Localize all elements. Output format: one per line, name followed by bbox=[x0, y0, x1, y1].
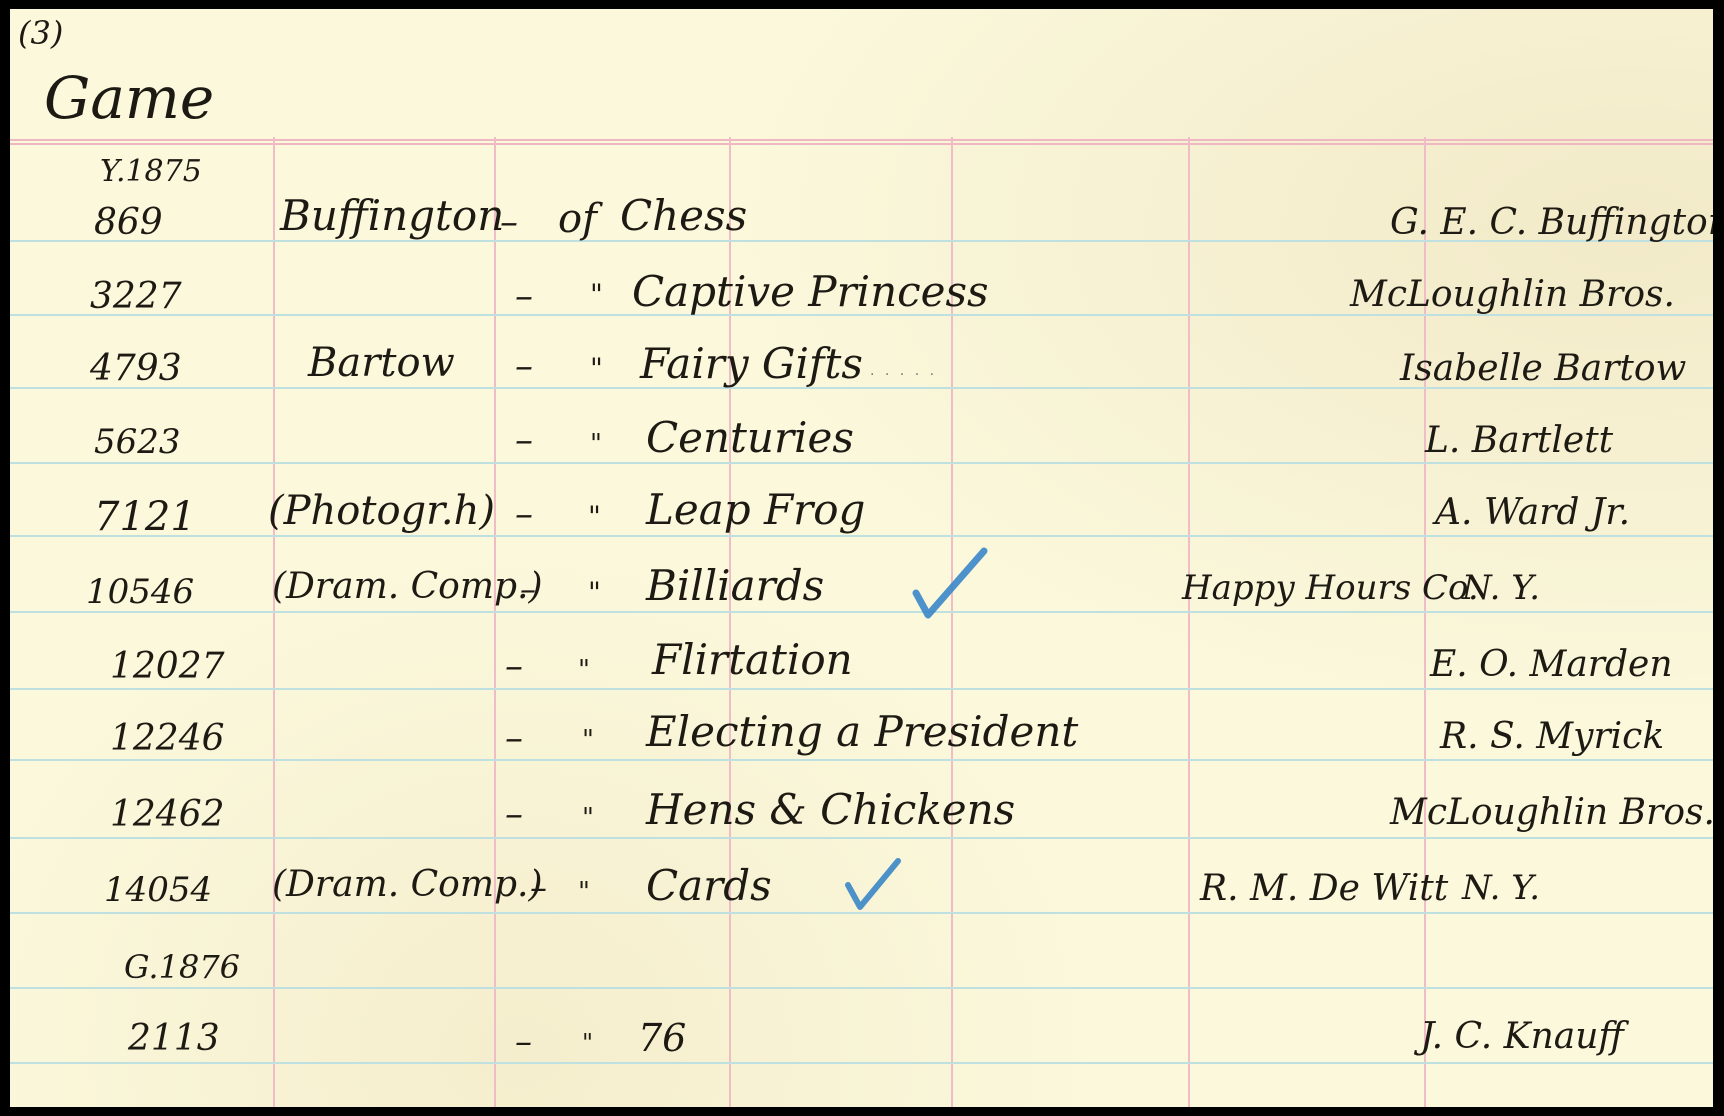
entry-author: N. Y. bbox=[1462, 571, 1540, 605]
entry-number: 14054 bbox=[104, 873, 212, 907]
entry-prefix: (Photogr.h) bbox=[268, 491, 495, 531]
entry-number: 10546 bbox=[86, 575, 194, 609]
column-divider-5 bbox=[1188, 137, 1190, 1107]
entry-author: L. Bartlett bbox=[1425, 423, 1613, 459]
column-divider-2 bbox=[494, 137, 496, 1107]
entry-dash: – bbox=[505, 721, 523, 757]
dotted-marks: · · · · · bbox=[870, 367, 937, 383]
entry-dash: – bbox=[515, 1025, 532, 1059]
entry-ditto: " bbox=[590, 355, 603, 383]
entry-author: McLoughlin Bros. bbox=[1390, 795, 1713, 831]
entry-ditto: " bbox=[582, 1031, 593, 1055]
entry-title: Centuries bbox=[646, 417, 854, 459]
entry-dash: – bbox=[520, 573, 536, 605]
entry-prefix: Bartow bbox=[308, 343, 455, 383]
line-rule bbox=[10, 462, 1713, 464]
line-rule bbox=[10, 611, 1713, 613]
entry-author: R. S. Myrick bbox=[1440, 719, 1664, 755]
line-rule bbox=[10, 1062, 1713, 1064]
entry-title: 76 bbox=[638, 1019, 686, 1057]
entry-dash: – bbox=[500, 205, 518, 241]
entry-title: Flirtation bbox=[652, 639, 853, 681]
card-heading: Game bbox=[44, 69, 214, 127]
entry-ditto: " bbox=[578, 879, 590, 905]
line-rule bbox=[10, 987, 1713, 989]
entry-author: Isabelle Bartow bbox=[1400, 351, 1686, 387]
entry-dash: – bbox=[515, 279, 533, 315]
entry-author: E. O. Marden bbox=[1430, 647, 1673, 683]
entry-author: McLoughlin Bros. bbox=[1350, 277, 1675, 313]
entry-number: 5623 bbox=[94, 425, 181, 459]
entry-number: 7121 bbox=[94, 497, 196, 537]
entry-dash: – bbox=[515, 497, 533, 533]
entry-author: G. E. C. Buffington bbox=[1390, 205, 1713, 241]
checkmark-icon bbox=[842, 855, 904, 913]
entry-title: Electing a President bbox=[646, 711, 1078, 753]
line-rule bbox=[10, 759, 1713, 761]
year-marker: Y.1875 bbox=[100, 157, 202, 187]
header-rule-bottom bbox=[10, 143, 1713, 145]
entry-author: N. Y. bbox=[1462, 871, 1540, 905]
entry-title: Fairy Gifts bbox=[640, 343, 863, 385]
entry-title: Chess bbox=[620, 195, 747, 237]
entry-number: 12027 bbox=[110, 649, 225, 685]
entry-ditto: of bbox=[558, 199, 597, 239]
entry-prefix: (Dram. Comp.) bbox=[272, 569, 543, 605]
page-number: (3) bbox=[18, 17, 63, 49]
entry-ditto: " bbox=[588, 579, 601, 607]
entry-ditto: " bbox=[590, 281, 603, 309]
entry-dash: – bbox=[505, 797, 523, 833]
entry-dash: – bbox=[515, 423, 533, 459]
entry-ditto: " bbox=[582, 805, 594, 831]
entry-ditto: " bbox=[590, 431, 602, 457]
line-rule bbox=[10, 535, 1713, 537]
entry-dash: – bbox=[505, 649, 523, 685]
entry-number: 12462 bbox=[110, 797, 225, 833]
entry-dash: – bbox=[515, 349, 533, 385]
entry-number: 4793 bbox=[90, 351, 182, 387]
header-rule-top bbox=[10, 139, 1713, 141]
entry-publisher: Happy Hours Co. bbox=[1182, 571, 1479, 605]
entry-title: Leap Frog bbox=[646, 489, 865, 531]
line-rule bbox=[10, 688, 1713, 690]
year-marker: G.1876 bbox=[124, 951, 240, 983]
checkmark-icon bbox=[910, 545, 990, 621]
entry-title: Billiards bbox=[646, 565, 824, 607]
entry-number: 12246 bbox=[110, 721, 225, 757]
entry-dash: – bbox=[530, 871, 547, 905]
entry-title: Captive Princess bbox=[632, 271, 989, 313]
entry-number: 869 bbox=[94, 205, 163, 241]
entry-number: 3227 bbox=[90, 279, 182, 315]
entry-ditto: " bbox=[578, 657, 590, 683]
entry-author: J. C. Knauff bbox=[1420, 1019, 1624, 1055]
column-divider-1 bbox=[273, 137, 275, 1107]
entry-author: A. Ward Jr. bbox=[1435, 495, 1630, 531]
entry-title: Cards bbox=[646, 865, 772, 907]
entry-number: 2113 bbox=[128, 1021, 220, 1057]
entry-prefix: (Dram. Comp.) bbox=[272, 867, 543, 903]
entry-title: Hens & Chickens bbox=[646, 789, 1015, 831]
line-rule bbox=[10, 837, 1713, 839]
entry-publisher: R. M. De Witt bbox=[1200, 871, 1448, 907]
entry-prefix: Buffington bbox=[280, 195, 504, 237]
index-card: (3) Game Y.1875 869 Buffington – of Ches… bbox=[10, 9, 1713, 1107]
entry-ditto: " bbox=[588, 503, 601, 531]
entry-ditto: " bbox=[582, 727, 594, 753]
